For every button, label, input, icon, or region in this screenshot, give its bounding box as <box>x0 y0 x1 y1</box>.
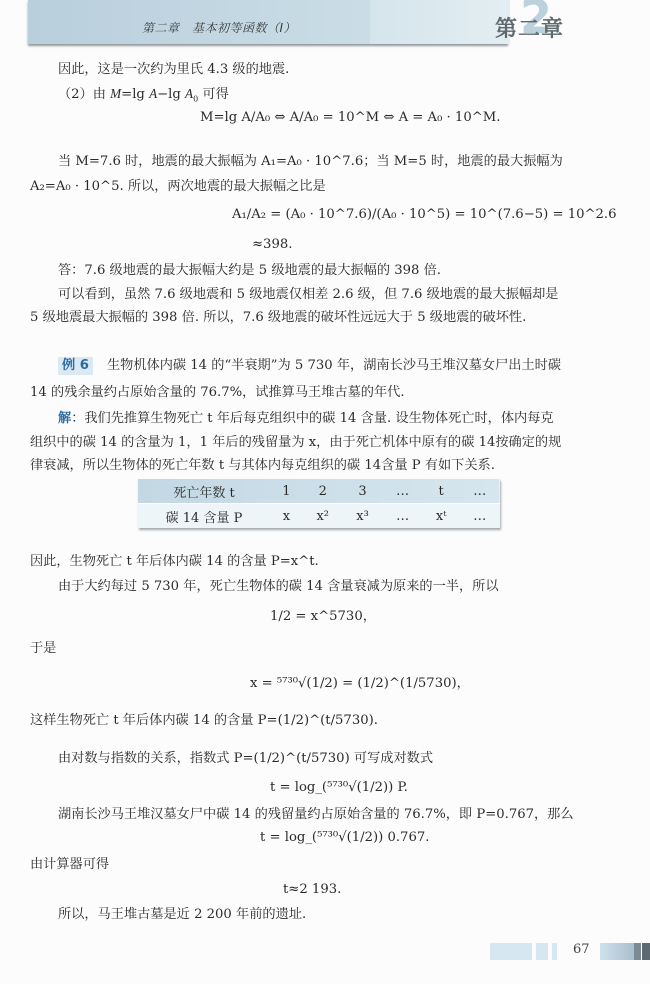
solution-label: 解 <box>58 411 71 426</box>
equation-5: t = log_(⁵⁷³⁰√(1/2)) P. <box>270 780 408 795</box>
paragraph-line: 因此，这是一次约为里氏 4.3 级的地震. <box>58 61 289 79</box>
footer-decoration <box>552 943 557 960</box>
equation-1: M=lg A/A₀ ⇔ A/A₀ = 10^M ⇔ A = A₀ · 10^M. <box>200 110 500 125</box>
paragraph-line: 因此，生物死亡 t 年后体内碳 14 的含量 P=x^t. <box>30 553 319 571</box>
chapter-tab <box>370 0 510 44</box>
table-cell: t <box>423 479 460 504</box>
table-row-header: 碳 14 含量 P <box>138 504 270 529</box>
text: （2）由 <box>58 87 110 102</box>
text: 可得 <box>198 87 229 102</box>
decay-table: 死亡年数 t 1 2 3 … t … 碳 14 含量 P x x² x³ … x… <box>138 479 500 528</box>
table-row: 碳 14 含量 P x x² x³ … xᵗ … <box>138 504 500 529</box>
text: 生物机体内碳 14 的“半衰期”为 5 730 年，湖南长沙马王堆汉墓女尸出土时… <box>107 358 561 373</box>
paragraph-line: 所以，马王堆古墓是近 2 200 年前的遗址. <box>58 906 306 924</box>
paragraph-line: 于是 <box>30 640 56 658</box>
paragraph-line: 律衰减，所以生物体的死亡年数 t 与其体内每克组织的碳 14含量 P 有如下关系… <box>30 457 495 475</box>
footer-decoration <box>490 943 532 960</box>
table-cell: xᵗ <box>423 504 460 529</box>
footer-decoration <box>600 943 634 960</box>
example-heading: 例 6生物机体内碳 14 的“半衰期”为 5 730 年，湖南长沙马王堆汉墓女尸… <box>58 357 561 375</box>
footer-decoration <box>642 943 650 960</box>
var: A <box>149 86 157 101</box>
paragraph-line: 解：我们先推算生物死亡 t 年后每克组织中的碳 14 含量. 设生物体死亡时，体… <box>58 410 554 428</box>
equation-4: x = ⁵⁷³⁰√(1/2) = (1/2)^(1/5730)， <box>250 672 470 691</box>
table-cell: x³ <box>343 504 383 529</box>
equation-3: 1/2 = x^5730， <box>270 605 376 624</box>
text: −lg <box>157 87 185 102</box>
equation-7: t≈2 193. <box>283 882 341 897</box>
table-cell: … <box>459 479 500 504</box>
paragraph-line: 组织中的碳 14 的含量为 1，1 年后的残留量为 x，由于死亡机体中原有的碳 … <box>30 434 561 452</box>
running-title: 第二章 基本初等函数（Ⅰ） <box>142 19 296 36</box>
table-cell: 1 <box>270 479 303 504</box>
page-number: 67 <box>573 942 590 957</box>
paragraph-line: 可以看到，虽然 7.6 级地震和 5 级地震仅相差 2.6 级，但 7.6 级地… <box>58 286 558 304</box>
table-row: 死亡年数 t 1 2 3 … t … <box>138 479 500 504</box>
table-cell: … <box>382 504 423 529</box>
var: A <box>185 86 193 101</box>
equation-2-result: ≈398. <box>252 237 292 252</box>
footer-decoration <box>536 943 548 960</box>
paragraph-line: 这样生物死亡 t 年后体内碳 14 的含量 P=(1/2)^(t/5730). <box>30 712 378 730</box>
paragraph-line: 湖南长沙马王堆汉墓女尸中碳 14 的残留量约占原始含量的 76.7%，即 P=0… <box>58 806 574 824</box>
paragraph-line: 由于大约每过 5 730 年，死亡生物体的碳 14 含量衰减为原来的一半，所以 <box>58 578 499 596</box>
paragraph-line: A₂=A₀ · 10^5. 所以，两次地震的最大振幅之比是 <box>30 178 326 196</box>
paragraph-line: （2）由 M=lg A−lg A0 可得 <box>58 85 229 109</box>
equation-6: t = log_(⁵⁷³⁰√(1/2)) 0.767. <box>260 830 429 845</box>
paragraph-line: 5 级地震最大振幅的 398 倍. 所以，7.6 级地震的破坏性远远大于 5 级… <box>30 309 526 327</box>
text: =lg <box>121 87 149 102</box>
table-cell: x² <box>303 504 343 529</box>
table-cell: 2 <box>303 479 343 504</box>
paragraph-line: 由对数与指数的关系，指数式 P=(1/2)^(t/5730) 可写成对数式 <box>58 750 433 768</box>
text: ：我们先推算生物死亡 t 年后每克组织中的碳 14 含量. 设生物体死亡时，体内… <box>71 411 553 426</box>
table-cell: x <box>270 504 303 529</box>
example-tag: 例 6 <box>58 357 93 375</box>
chapter-label: 第二章 <box>495 12 564 43</box>
table-row-header: 死亡年数 t <box>138 479 270 504</box>
paragraph-line: 14 的残余量约占原始含量的 76.7%，试推算马王堆古墓的年代. <box>30 384 405 402</box>
equation-2: A₁/A₂ = (A₀ · 10^7.6)/(A₀ · 10^5) = 10^(… <box>232 207 617 222</box>
answer-line: 答：7.6 级地震的最大振幅大约是 5 级地震的最大振幅的 398 倍. <box>58 262 441 280</box>
table-cell: … <box>382 479 423 504</box>
table-cell: 3 <box>343 479 383 504</box>
footer-decoration <box>634 943 641 960</box>
paragraph-line: 当 M=7.6 时，地震的最大振幅为 A₁=A₀ · 10^7.6；当 M=5 … <box>58 153 563 171</box>
table-cell: … <box>459 504 500 529</box>
paragraph-line: 由计算器可得 <box>30 856 109 874</box>
var: M <box>110 86 121 101</box>
